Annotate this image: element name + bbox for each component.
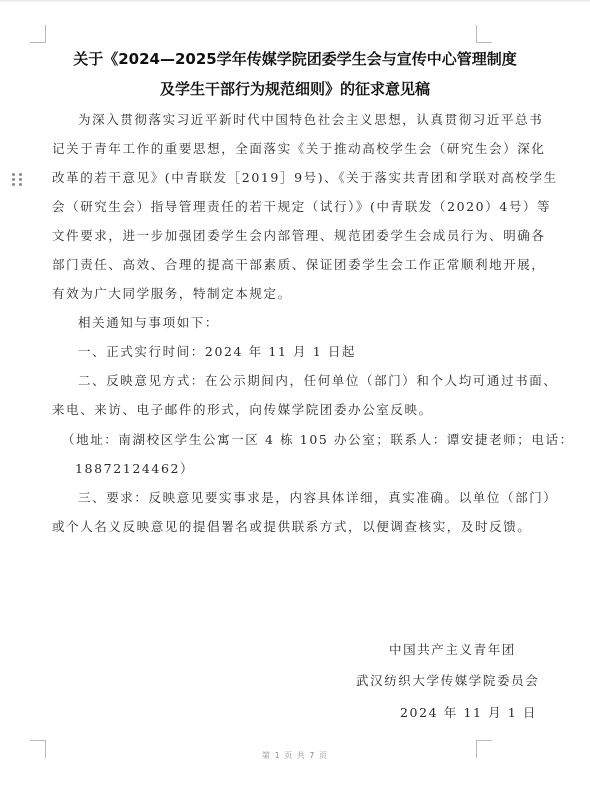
item-requirements: 三、要求：反映意见要实事求是，内容具体详细，真实准确。以单位（部门） [78, 489, 540, 507]
body-line: 为深入贯彻落实习近平新时代中国特色社会主义思想，认真贯彻习近平总书 [78, 111, 540, 129]
page-corner-mark-top-left [30, 25, 46, 43]
document-title-line-1: 关于《2024—2025学年传媒学院团委学生会与宣传中心管理制度 [0, 48, 590, 69]
page-indicator: 第 1 页 共 7 页 [0, 750, 590, 761]
body-line: 部门责任、高效、合理的提高干部素质、保证团委学生会工作正常顺利地开展， [52, 256, 540, 274]
signature-org-2: 武汉纺织大学传媒学院委员会 [356, 672, 539, 690]
item-feedback-method: 二、反映意见方式：在公示期间内，任何单位（部门）和个人均可通过书面、 [78, 372, 540, 390]
body-line: 改革的若干意见》(中青联发［2019］9号)、《关于落实共青团和学联对高校学生 [52, 169, 540, 187]
signature-date: 2024 年 11 月 1 日 [400, 704, 537, 722]
contact-address: （地址：南湖校区学生公寓一区 4 栋 105 办公室；联系人：谭安捷老师；电话： [62, 431, 540, 449]
contact-phone: 18872124462） [75, 460, 563, 478]
drag-handle-icon[interactable] [12, 173, 24, 189]
body-line: 或个人名义反映意见的提倡署名或提供联系方式，以便调查核实，及时反馈。 [52, 518, 540, 536]
page-corner-mark-top-right [476, 25, 492, 43]
body-line: 文件要求，进一步加强团委学生会内部管理、规范团委学生会成员行为、明确各 [52, 227, 540, 245]
item-effective-date: 一、正式实行时间：2024 年 11 月 1 日起 [78, 343, 540, 361]
body-line: 有效为广大同学服务，特制定本规定。 [52, 285, 540, 303]
notice-heading: 相关通知与事项如下： [78, 314, 540, 332]
signature-org-1: 中国共产主义青年团 [389, 641, 516, 659]
body-line: 来电、来访、电子邮件的形式，向传媒学院团委办公室反映。 [52, 401, 540, 419]
body-line: 会（研究生会）指导管理责任的若干规定（试行）》(中青联发（2020）4号）等 [52, 198, 540, 216]
body-line: 记关于青年工作的重要思想，全面落实《关于推动高校学生会（研究生会）深化 [52, 140, 540, 158]
toolbar-shadow [0, 0, 590, 3]
document-title-line-2: 及学生干部行为规范细则》的征求意见稿 [0, 78, 590, 99]
